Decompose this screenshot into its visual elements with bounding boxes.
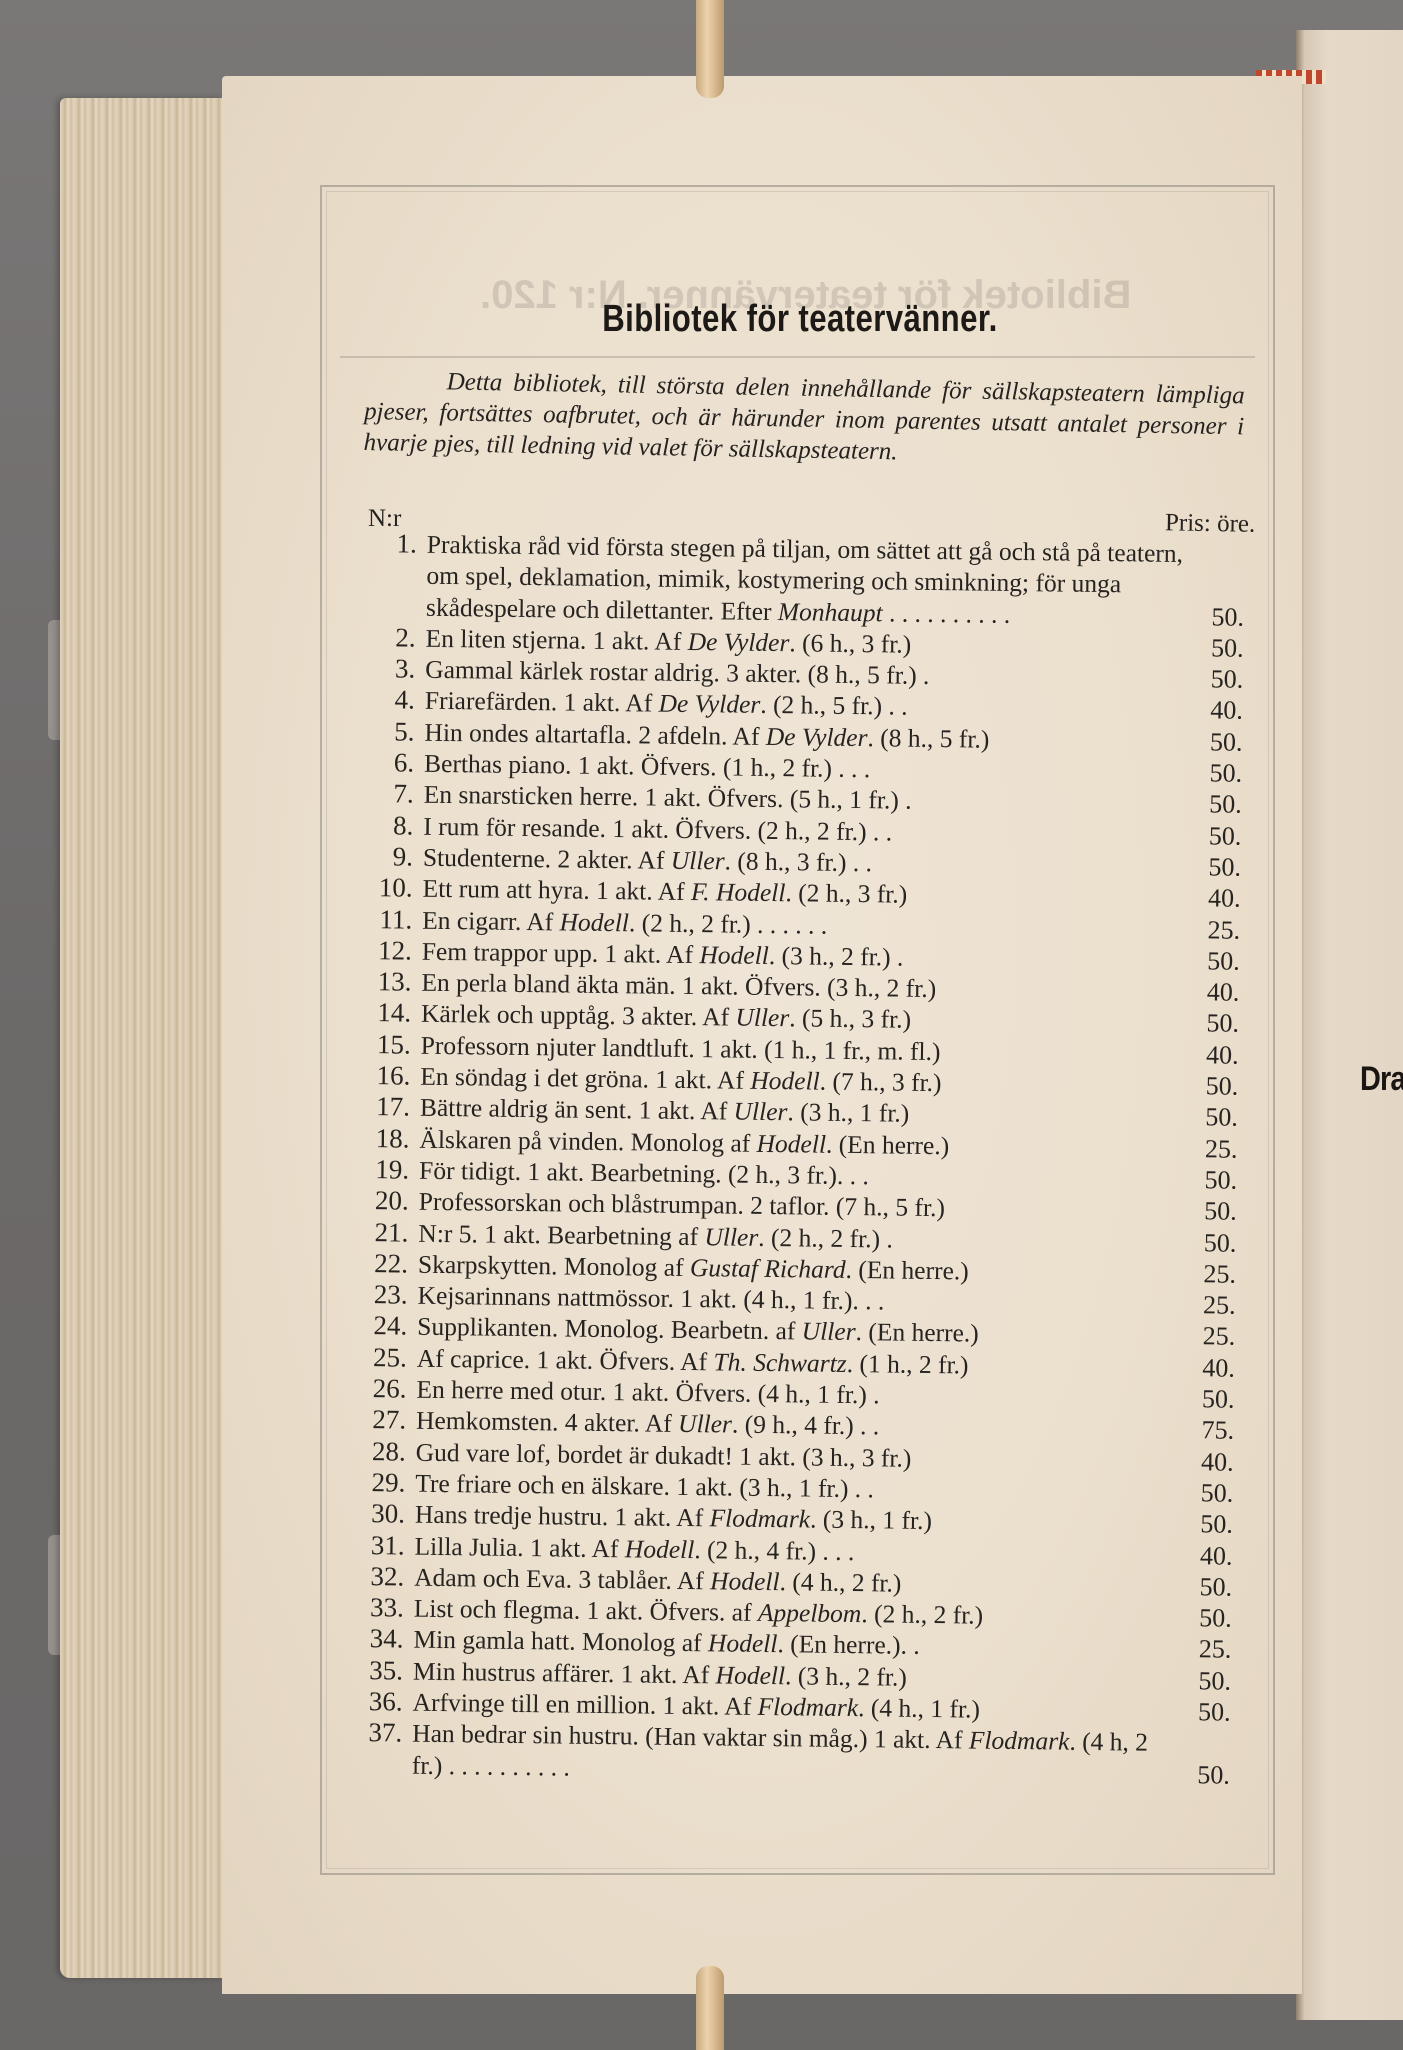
entry-number: 29. bbox=[353, 1467, 415, 1499]
entry-cast-info: . (2 h., 3 fr.) bbox=[785, 878, 907, 908]
entry-cast-info: . (En herre.). . bbox=[777, 1630, 920, 1661]
intro-paragraph: Detta bibliotek, till största delen inne… bbox=[363, 365, 1244, 473]
entry-price: 50. bbox=[1188, 1070, 1238, 1102]
entry-author: De Vylder bbox=[687, 627, 789, 657]
entry-title-text: Han bedrar sin hustru. (Han vaktar sin m… bbox=[412, 1719, 969, 1755]
entry-number: 12. bbox=[360, 935, 422, 967]
entry-price: 50. bbox=[1182, 1571, 1232, 1603]
entry-price: 50. bbox=[1191, 820, 1241, 852]
entry-title-text: Kejsarinnans nattmössor. 1 akt. (4 h., 1… bbox=[417, 1281, 884, 1316]
entry-title-text: Gammal kärlek rostar aldrig. 3 akter. (8… bbox=[425, 655, 930, 690]
entry-price: 50. bbox=[1181, 1665, 1231, 1697]
entry-number: 24. bbox=[355, 1310, 417, 1342]
entry-title-text: En herre med otur. 1 akt. Öfvers. (4 h.,… bbox=[416, 1375, 879, 1410]
entry-cast-info: . (7 h., 3 fr.) bbox=[820, 1067, 942, 1097]
entry-cast-info: . (1 h., 2 fr.) bbox=[847, 1349, 969, 1379]
entry-title-text: Friarefärden. 1 akt. Af bbox=[425, 686, 659, 718]
entry-number: 5. bbox=[362, 716, 424, 748]
entry-title-text: Fem trappor upp. 1 akt. Af bbox=[422, 937, 700, 969]
entry-cast-info: . (6 h., 3 fr.) bbox=[789, 628, 911, 658]
entry-number: 21. bbox=[356, 1216, 418, 1248]
entry-price: 50. bbox=[1187, 1195, 1237, 1227]
entry-title-text: En cigarr. Af bbox=[422, 905, 560, 936]
entry-number: 19. bbox=[357, 1154, 419, 1186]
catalogue-list: 1. Praktiska råd vid första stegen på ti… bbox=[350, 528, 1245, 1791]
entry-description: Han bedrar sin hustru. (Han vaktar sin m… bbox=[412, 1718, 1181, 1790]
entry-price: 25. bbox=[1185, 1321, 1235, 1353]
entry-title-text: För tidigt. 1 akt. Bearbetning. (2 h., 3… bbox=[419, 1156, 869, 1190]
entry-title-text: En perla bland äkta män. 1 akt. Öfvers. … bbox=[421, 968, 936, 1003]
entry-number: 10. bbox=[360, 872, 422, 904]
entry-cast-info: . (8 h., 3 fr.) . . bbox=[724, 846, 872, 877]
entry-title-text: Hemkomsten. 4 akter. Af bbox=[416, 1406, 678, 1438]
entry-cast-info: . (En herre.) bbox=[845, 1255, 969, 1286]
entry-author: Hodell bbox=[710, 1566, 780, 1596]
entry-price: 50. bbox=[1192, 757, 1242, 789]
entry-price: 50. bbox=[1187, 1164, 1237, 1196]
entry-cast-info: . (4 h., 2 fr.) bbox=[779, 1567, 901, 1597]
entry-price: 50. bbox=[1184, 1383, 1234, 1415]
entry-price: 25. bbox=[1185, 1289, 1235, 1321]
entry-cast-info: . (2 h., 4 fr.) . . . bbox=[694, 1535, 854, 1566]
entry-price: 75. bbox=[1184, 1414, 1234, 1446]
entry-author: Hodell bbox=[559, 907, 629, 937]
entry-number: 23. bbox=[355, 1279, 417, 1311]
entry-price: 50. bbox=[1182, 1602, 1232, 1634]
entry-price: 40. bbox=[1190, 882, 1240, 914]
entry-title-text: Skarpskytten. Monolog af bbox=[418, 1250, 690, 1282]
entry-author: Flodmark bbox=[969, 1726, 1070, 1756]
facing-page-text-fragment: Dra bbox=[1360, 1060, 1403, 1099]
entry-price: 25. bbox=[1187, 1133, 1237, 1165]
entry-cast-info: . (En herre.) bbox=[855, 1317, 979, 1348]
entry-number: 4. bbox=[363, 684, 425, 716]
entry-number: 26. bbox=[354, 1373, 416, 1405]
entry-number: 8. bbox=[361, 810, 423, 842]
entry-author: Gustaf Richard bbox=[690, 1253, 846, 1284]
entry-number: 31. bbox=[352, 1529, 414, 1561]
entry-title-text: Professorn njuter landtluft. 1 akt. (1 h… bbox=[421, 1030, 941, 1065]
entry-number: 30. bbox=[353, 1498, 415, 1530]
entry-cast-info: . (8 h., 5 fr.) bbox=[867, 723, 989, 753]
entry-author: Appelbom bbox=[758, 1598, 862, 1628]
catalogue-entry: 37. Han bedrar sin hustru. (Han vaktar s… bbox=[350, 1717, 1231, 1790]
entry-number: 15. bbox=[358, 1029, 420, 1061]
entry-number: 13. bbox=[359, 966, 421, 998]
entry-author: Uller bbox=[735, 1003, 789, 1033]
entry-cast-info: . (3 h., 1 fr.) bbox=[787, 1098, 909, 1128]
entry-price: 50. bbox=[1193, 632, 1243, 664]
entry-author: F. Hodell bbox=[691, 877, 786, 907]
entry-title-text: Lilla Julia. 1 akt. Af bbox=[414, 1531, 625, 1563]
entry-number: 6. bbox=[362, 747, 424, 779]
entry-price: 25. bbox=[1186, 1258, 1236, 1290]
entry-title-text: List och flegma. 1 akt. Öfvers. af bbox=[414, 1594, 758, 1627]
entry-number: 36. bbox=[350, 1686, 412, 1718]
entry-description: Praktiska råd vid första stegen på tilja… bbox=[426, 529, 1195, 632]
entry-title-text: Studenterne. 2 akter. Af bbox=[423, 843, 671, 875]
entry-number: 9. bbox=[361, 841, 423, 873]
entry-title-text: Professorskan och blåstrumpan. 2 taflor.… bbox=[419, 1187, 946, 1222]
entry-author: De Vylder bbox=[658, 689, 760, 719]
entry-title-text: I rum för resande. 1 akt. Öfvers. (2 h.,… bbox=[423, 811, 892, 846]
entry-price: 50. bbox=[1180, 1759, 1230, 1791]
catalogue-entry: 1. Praktiska råd vid första stegen på ti… bbox=[364, 528, 1245, 633]
entry-price: 50. bbox=[1188, 1101, 1238, 1133]
entry-price: 40. bbox=[1188, 1039, 1238, 1071]
entry-price: 50. bbox=[1183, 1508, 1233, 1540]
entry-author: Monhaupt bbox=[778, 597, 883, 627]
entry-number: 14. bbox=[359, 997, 421, 1029]
book-page-edges bbox=[60, 98, 225, 1978]
entry-title-text: Min hustrus affärer. 1 akt. Af bbox=[413, 1656, 716, 1689]
page-holder-stick bbox=[696, 1966, 724, 2050]
entry-number: 25. bbox=[355, 1342, 417, 1374]
entry-price: 40. bbox=[1189, 976, 1239, 1008]
entry-price: 50. bbox=[1190, 945, 1240, 977]
entry-number: 3. bbox=[363, 653, 425, 685]
entry-number: 11. bbox=[360, 904, 422, 936]
entry-author: Hodell bbox=[708, 1629, 778, 1659]
entry-author: Th. Schwartz bbox=[713, 1347, 847, 1378]
entry-price: 50. bbox=[1193, 663, 1243, 695]
entry-title-text: Älskaren på vinden. Monolog af bbox=[419, 1124, 756, 1157]
entry-price: 40. bbox=[1183, 1446, 1233, 1478]
entry-author: Uller bbox=[671, 846, 725, 876]
entry-number: 32. bbox=[352, 1561, 414, 1593]
entry-cast-info: . . . . . . . . . . bbox=[883, 598, 1011, 629]
entry-cast-info: . (En herre.) bbox=[826, 1129, 950, 1160]
entry-title-text: Adam och Eva. 3 tablåer. Af bbox=[414, 1562, 710, 1595]
entry-title-text: Bättre aldrig än sent. 1 akt. Af bbox=[420, 1093, 734, 1126]
entry-cast-info: . (3 h., 1 fr.) bbox=[810, 1505, 932, 1535]
entry-title-text: Arfvinge till en million. 1 akt. Af bbox=[412, 1688, 757, 1721]
entry-title-text: Af caprice. 1 akt. Öfvers. Af bbox=[417, 1343, 714, 1376]
entry-number: 22. bbox=[356, 1248, 418, 1280]
entry-title-text: Ett rum att hyra. 1 akt. Af bbox=[422, 874, 691, 906]
entry-title-text: En snarsticken herre. 1 akt. Öfvers. (5 … bbox=[424, 780, 912, 815]
entry-number: 18. bbox=[357, 1123, 419, 1155]
entry-price: 25. bbox=[1190, 914, 1240, 946]
entry-author: Uller bbox=[678, 1409, 732, 1439]
entry-price: 40. bbox=[1193, 695, 1243, 727]
entry-author: Flodmark bbox=[709, 1503, 810, 1533]
entry-number: 37. bbox=[350, 1717, 412, 1749]
entry-author: Uller bbox=[704, 1222, 758, 1252]
entry-price: 50. bbox=[1192, 726, 1242, 758]
entry-author: De Vylder bbox=[766, 722, 868, 752]
entry-cast-info: . (5 h., 3 fr.) bbox=[789, 1004, 911, 1034]
page-title: Bibliotek för teatervänner. bbox=[554, 298, 1046, 341]
entry-price: 50. bbox=[1191, 788, 1241, 820]
entry-price: 25. bbox=[1181, 1633, 1231, 1665]
page-holder-stick bbox=[696, 0, 724, 98]
entry-number: 16. bbox=[358, 1060, 420, 1092]
entry-title-text: Hin ondes altartafla. 2 afdeln. Af bbox=[424, 718, 766, 751]
entry-cast-info: . (2 h., 2 fr.) . bbox=[758, 1222, 893, 1253]
entry-title-text: Supplikanten. Monolog. Bearbetn. af bbox=[417, 1312, 802, 1346]
entry-cast-info: . (2 h., 5 fr.) . . bbox=[760, 690, 908, 721]
entry-title-text: Gud vare lof, bordet är dukadt! 1 akt. (… bbox=[416, 1437, 912, 1472]
entry-title-text: En söndag i det gröna. 1 akt. Af bbox=[420, 1062, 750, 1095]
entry-author: Uller bbox=[733, 1097, 787, 1127]
entry-number: 7. bbox=[362, 778, 424, 810]
entry-price: 40. bbox=[1185, 1352, 1235, 1384]
entry-author: Hodell bbox=[756, 1128, 826, 1158]
entry-number: 1. bbox=[365, 528, 427, 560]
entry-number: 28. bbox=[354, 1436, 416, 1468]
entry-title-text: Tre friare och en älskare. 1 akt. (3 h.,… bbox=[415, 1469, 874, 1504]
facing-page bbox=[1296, 30, 1403, 2020]
entry-price: 50. bbox=[1189, 1008, 1239, 1040]
price-column-label: Pris: öre. bbox=[1165, 509, 1256, 539]
entry-author: Hodell bbox=[715, 1660, 785, 1690]
entry-price: 50. bbox=[1191, 851, 1241, 883]
entry-price: 50. bbox=[1183, 1477, 1233, 1509]
entry-cast-info: . (2 h., 2 fr.) . . . . . . bbox=[629, 908, 828, 939]
entry-number: 20. bbox=[357, 1185, 419, 1217]
entry-author: Hodell bbox=[699, 940, 769, 970]
entry-price: 50. bbox=[1186, 1227, 1236, 1259]
entry-cast-info: . (4 h., 1 fr.) bbox=[858, 1693, 980, 1723]
entry-number: 34. bbox=[351, 1623, 413, 1655]
entry-price: 40. bbox=[1182, 1540, 1232, 1572]
entry-title-text: Hans tredje hustru. 1 akt. Af bbox=[415, 1500, 710, 1533]
entry-title-text: En liten stjerna. 1 akt. Af bbox=[425, 624, 687, 656]
entry-author: Hodell bbox=[625, 1534, 695, 1564]
entry-cast-info: . (3 h., 2 fr.) bbox=[785, 1661, 907, 1691]
entry-author: Uller bbox=[802, 1317, 856, 1347]
entry-number: 27. bbox=[354, 1404, 416, 1436]
title-divider bbox=[340, 356, 1255, 358]
entry-cast-info: . (3 h., 2 fr.) . bbox=[769, 941, 904, 972]
entry-number: 2. bbox=[363, 622, 425, 654]
entry-title-text: Kärlek och upptåg. 3 akter. Af bbox=[421, 999, 736, 1032]
entry-cast-info: . (9 h., 4 fr.) . . bbox=[732, 1410, 880, 1441]
entry-number: 17. bbox=[358, 1091, 420, 1123]
entry-title-text: Berthas piano. 1 akt. Öfvers. (1 h., 2 f… bbox=[424, 749, 870, 783]
entry-author: Flodmark bbox=[757, 1692, 858, 1722]
entry-price: 50. bbox=[1194, 601, 1244, 633]
entry-price: 50. bbox=[1180, 1696, 1230, 1728]
entry-cast-info: . (2 h., 2 fr.) bbox=[861, 1599, 983, 1629]
entry-number: 33. bbox=[352, 1592, 414, 1624]
entry-author: Hodell bbox=[750, 1066, 820, 1096]
entry-title-text: N:r 5. 1 akt. Bearbetning af bbox=[418, 1218, 704, 1250]
entry-number: 35. bbox=[351, 1655, 413, 1687]
entry-title-text: Min gamla hatt. Monolog af bbox=[413, 1625, 708, 1658]
